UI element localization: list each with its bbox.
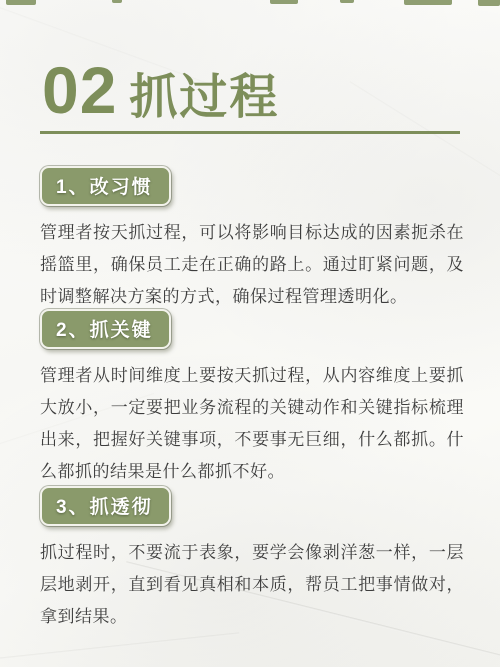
- section-3-body: 抓过程时，不要流于表象，要学会像剥洋葱一样，一层层地剥开，直到看见真相和本质，帮…: [40, 537, 464, 633]
- page-title: 02抓过程: [42, 52, 279, 128]
- section-3-badge-label: 3、抓透彻: [56, 497, 153, 518]
- paper-edge-mark: [6, 0, 36, 5]
- title-underline: [40, 131, 460, 134]
- paper-edge-mark: [340, 0, 354, 3]
- section-2-badge: 2、抓关键: [40, 309, 171, 349]
- poster-page: 02抓过程 1、改习惯 管理者按天抓过程，可以将影响目标达成的因素扼杀在摇篮里，…: [0, 0, 500, 667]
- section-change-habits: 1、改习惯 管理者按天抓过程，可以将影响目标达成的因素扼杀在摇篮里，确保员工走在…: [40, 166, 464, 313]
- paper-edge-mark: [478, 0, 500, 6]
- section-1-badge: 1、改习惯: [40, 166, 171, 206]
- section-2-body: 管理者从时间维度上要按天抓过程，从内容维度上要抓大放小，一定要把业务流程的关键动…: [40, 360, 464, 488]
- section-grab-key-points: 2、抓关键 管理者从时间维度上要按天抓过程，从内容维度上要抓大放小，一定要把业务…: [40, 309, 464, 488]
- paper-edge-mark: [112, 0, 122, 3]
- paper-edge-mark: [270, 0, 298, 4]
- page-title-number: 02: [42, 53, 117, 127]
- section-1-body: 管理者按天抓过程，可以将影响目标达成的因素扼杀在摇篮里，确保员工走在正确的路上。…: [40, 217, 464, 313]
- paper-crease: [0, 632, 239, 665]
- section-1-badge-label: 1、改习惯: [56, 177, 153, 198]
- section-grab-thoroughly: 3、抓透彻 抓过程时，不要流于表象，要学会像剥洋葱一样，一层层地剥开，直到看见真…: [40, 486, 464, 633]
- page-title-text: 抓过程: [129, 71, 279, 124]
- section-3-badge: 3、抓透彻: [40, 486, 171, 526]
- section-2-badge-label: 2、抓关键: [56, 320, 153, 341]
- paper-edge-mark: [404, 0, 452, 5]
